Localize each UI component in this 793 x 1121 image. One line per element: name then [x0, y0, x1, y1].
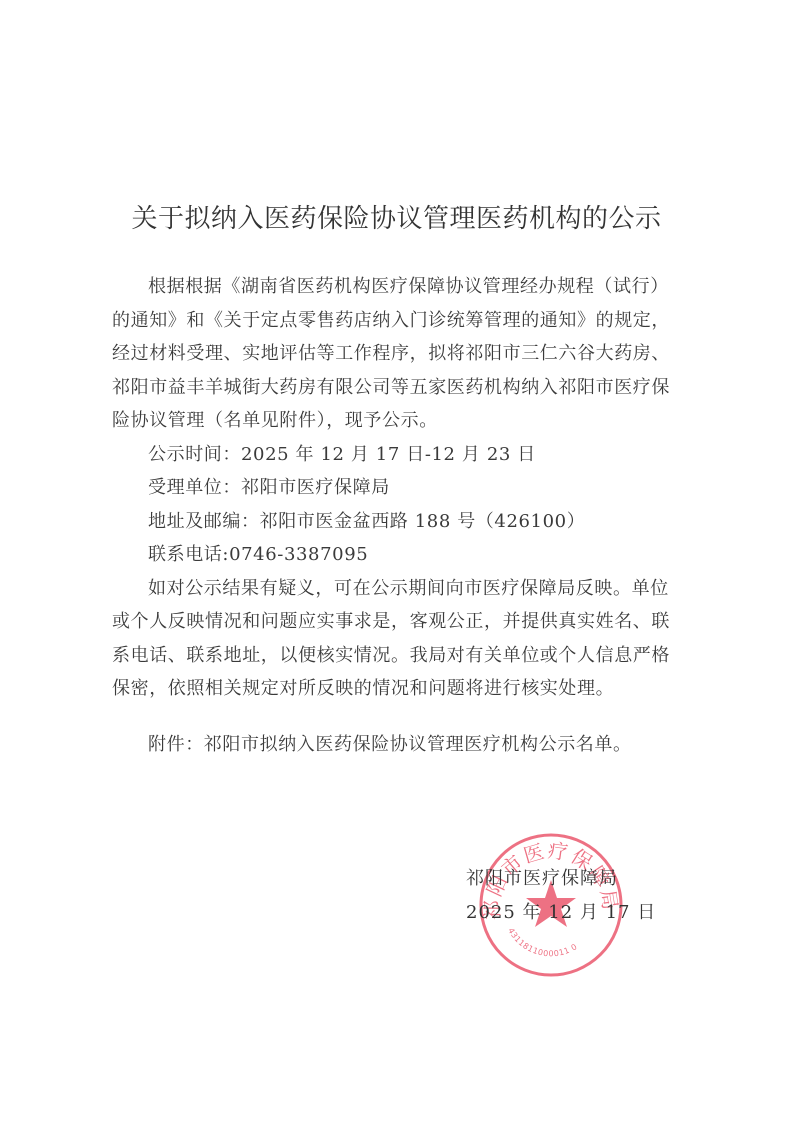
svg-text:4311811000011 0: 4311811000011 0 [506, 926, 579, 958]
receiving-unit: 受理单位：祁阳市医疗保障局 [112, 471, 698, 505]
paragraph-line: 的通知》和《关于定点零售药店纳入门诊统筹管理的通知》的规定， [112, 304, 698, 338]
address-postcode: 地址及邮编：祁阳市医金盆西路 188 号（426100） [112, 505, 698, 539]
signature-block: 祁阳市医疗保障局 2025 年 12 月 17 日 [466, 862, 656, 930]
paragraph-line: 经过材料受理、实地评估等工作程序，拟将祁阳市三仁六谷大药房、 [112, 337, 698, 371]
paragraph-line: 如对公示结果有疑义，可在公示期间向市医疗保障局反映。单位 [112, 572, 698, 606]
paragraph-line: 祁阳市益丰羊城街大药房有限公司等五家医药机构纳入祁阳市医疗保 [112, 371, 698, 405]
paragraph-line: 保密，依照相关规定对所反映的情况和问题将进行核实处理。 [112, 672, 698, 706]
paragraph-line: 根据根据《湖南省医药机构医疗保障协议管理经办规程（试行） [112, 270, 698, 304]
contact-phone: 联系电话:0746-3387095 [112, 538, 698, 572]
attachment-note: 附件：祁阳市拟纳入医药保险协议管理医疗机构公示名单。 [112, 728, 698, 762]
paragraph-line: 或个人反映情况和问题应实事求是，客观公正，并提供真实姓名、联 [112, 605, 698, 639]
document-body: 根据根据《湖南省医药机构医疗保障协议管理经办规程（试行） 的通知》和《关于定点零… [112, 270, 698, 761]
paragraph-line: 险协议管理（名单见附件），现予公示。 [112, 404, 698, 438]
paragraph-line: 系电话、联系地址，以便核实情况。我局对有关单位或个人信息严格 [112, 639, 698, 673]
document-page: 关于拟纳入医药保险协议管理医药机构的公示 根据根据《湖南省医药机构医疗保障协议管… [0, 0, 793, 1121]
notice-period: 公示时间：2025 年 12 月 17 日-12 月 23 日 [112, 438, 698, 472]
issuer-name: 祁阳市医疗保障局 [466, 862, 656, 896]
page-title: 关于拟纳入医药保险协议管理医药机构的公示 [0, 198, 793, 235]
issue-date: 2025 年 12 月 17 日 [466, 896, 656, 930]
